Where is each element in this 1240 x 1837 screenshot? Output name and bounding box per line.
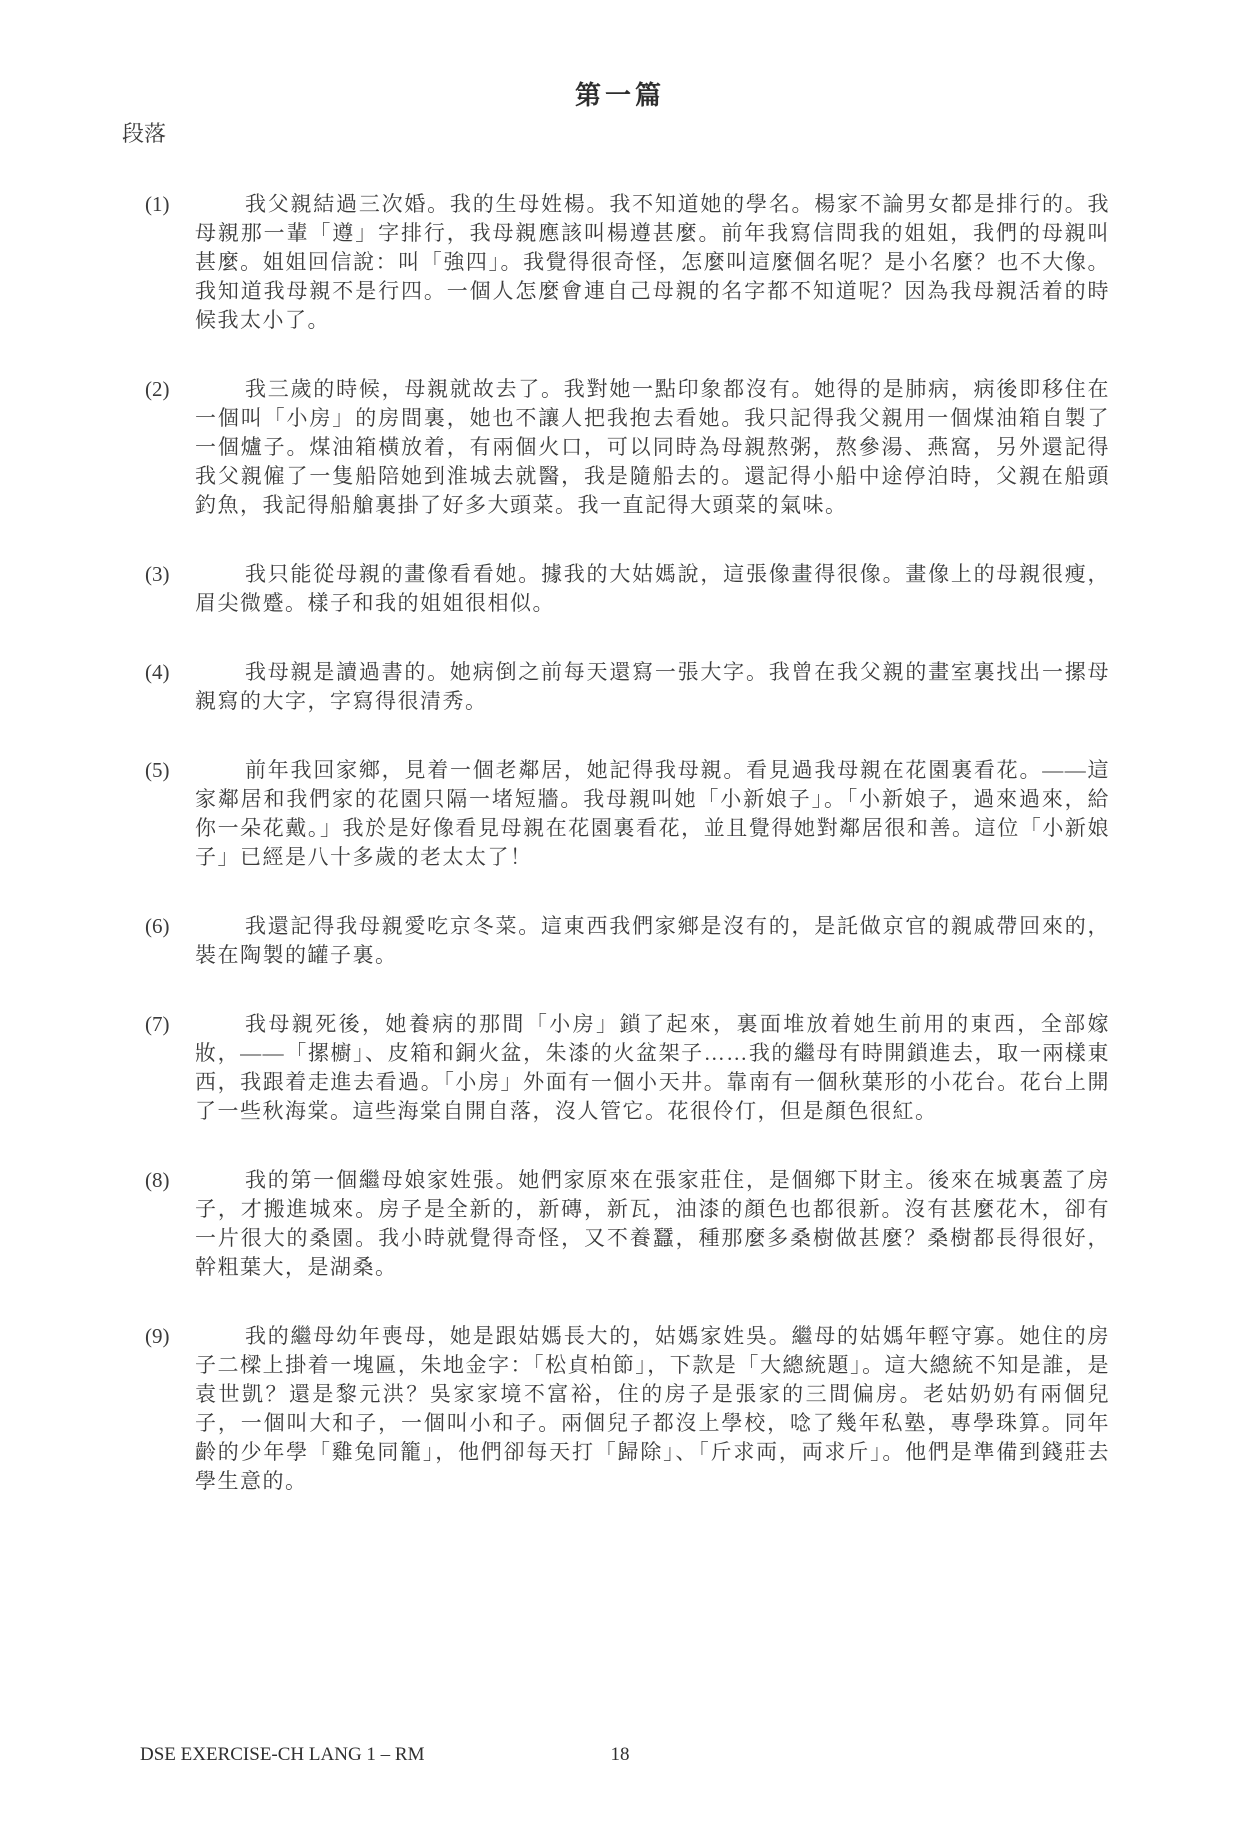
paragraph-text: 我還記得我母親愛吃京冬菜。這東西我們家鄉是沒有的，是託做京官的親戚帶回來的，裝在… bbox=[195, 912, 1110, 970]
paragraph-text: 前年我回家鄉，見着一個老鄰居，她記得我母親。看見過我母親在花園裏看花。——這家鄰… bbox=[195, 756, 1110, 872]
page-title: 第一篇 bbox=[0, 82, 1240, 110]
paragraph-number: (4) bbox=[145, 658, 195, 687]
paragraph-text: 我三歲的時候，母親就故去了。我對她一點印象都沒有。她得的是肺病，病後即移住在一個… bbox=[195, 375, 1110, 520]
paragraph-number: (1) bbox=[145, 190, 195, 219]
paragraph-number: (7) bbox=[145, 1010, 195, 1039]
paragraph-2: (2) 我三歲的時候，母親就故去了。我對她一點印象都沒有。她得的是肺病，病後即移… bbox=[145, 375, 1110, 520]
paragraph-7: (7) 我母親死後，她養病的那間「小房」鎖了起來，裏面堆放着她生前用的東西，全部… bbox=[145, 1010, 1110, 1126]
paragraph-9: (9) 我的繼母幼年喪母，她是跟姑媽長大的，姑媽家姓吳。繼母的姑媽年輕守寡。她住… bbox=[145, 1322, 1110, 1496]
paragraph-number: (2) bbox=[145, 375, 195, 404]
paragraph-text: 我的第一個繼母娘家姓張。她們家原來在張家莊住，是個鄉下財主。後來在城裏蓋了房子，… bbox=[195, 1166, 1110, 1282]
paragraph-text: 我只能從母親的畫像看看她。據我的大姑媽說，這張像畫得很像。畫像上的母親很瘦，眉尖… bbox=[195, 560, 1110, 618]
footer-doc-code: DSE EXERCISE-CH LANG 1 – RM bbox=[140, 1744, 424, 1766]
paragraph-number: (3) bbox=[145, 560, 195, 589]
paragraph-text: 我母親是讀過書的。她病倒之前每天還寫一張大字。我曾在我父親的畫室裏找出一摞母親寫… bbox=[195, 658, 1110, 716]
paragraph-1: (1) 我父親結過三次婚。我的生母姓楊。我不知道她的學名。楊家不論男女都是排行的… bbox=[145, 190, 1110, 335]
paragraph-number: (6) bbox=[145, 912, 195, 941]
paragraph-number: (8) bbox=[145, 1166, 195, 1195]
paragraph-5: (5) 前年我回家鄉，見着一個老鄰居，她記得我母親。看見過我母親在花園裏看花。—… bbox=[145, 756, 1110, 872]
paragraph-text: 我母親死後，她養病的那間「小房」鎖了起來，裏面堆放着她生前用的東西，全部嫁妝，—… bbox=[195, 1010, 1110, 1126]
paragraph-3: (3) 我只能從母親的畫像看看她。據我的大姑媽說，這張像畫得很像。畫像上的母親很… bbox=[145, 560, 1110, 618]
paragraph-8: (8) 我的第一個繼母娘家姓張。她們家原來在張家莊住，是個鄉下財主。後來在城裏蓋… bbox=[145, 1166, 1110, 1282]
section-label: 段落 bbox=[122, 122, 1240, 146]
page-footer: 18 DSE EXERCISE-CH LANG 1 – RM bbox=[0, 1744, 1240, 1768]
paragraph-number: (5) bbox=[145, 756, 195, 785]
paragraph-text: 我的繼母幼年喪母，她是跟姑媽長大的，姑媽家姓吳。繼母的姑媽年輕守寡。她住的房子二… bbox=[195, 1322, 1110, 1496]
paragraph-number: (9) bbox=[145, 1322, 195, 1351]
paragraph-text: 我父親結過三次婚。我的生母姓楊。我不知道她的學名。楊家不論男女都是排行的。我母親… bbox=[195, 190, 1110, 335]
paragraph-4: (4) 我母親是讀過書的。她病倒之前每天還寫一張大字。我曾在我父親的畫室裏找出一… bbox=[145, 658, 1110, 716]
paragraph-6: (6) 我還記得我母親愛吃京冬菜。這東西我們家鄉是沒有的，是託做京官的親戚帶回來… bbox=[145, 912, 1110, 970]
passage-body: (1) 我父親結過三次婚。我的生母姓楊。我不知道她的學名。楊家不論男女都是排行的… bbox=[145, 190, 1110, 1496]
